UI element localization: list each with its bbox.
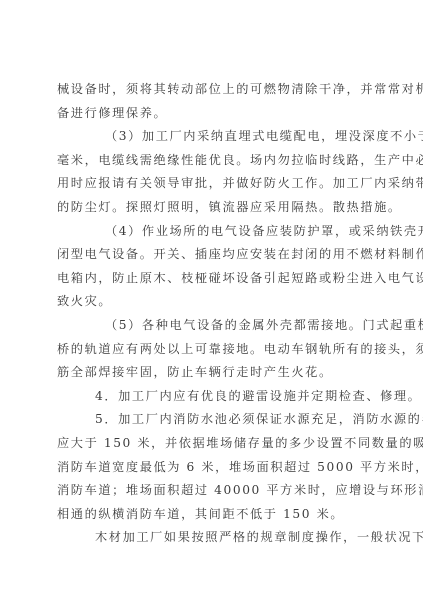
text-line: 闭型电气设备。开关、插座均应安装在封闭的用不燃材料制作的配	[57, 243, 367, 267]
text-line: 筋全部焊接牢固，防止车辆行走时产生火花。	[57, 361, 367, 385]
text-line: 木材加工厂如果按照严格的规章制度操作，一般状况下是不	[57, 526, 367, 550]
text-line: 致火灾。	[57, 290, 367, 314]
text-line: 消防车道；堆场面积超过 40000 平方米时，应增设与环形消防车道	[57, 479, 367, 503]
text-line: 备进行修理保养。	[57, 102, 367, 126]
text-line: 相通的纵横消防车道，其间距不低于 150 米。	[57, 503, 367, 527]
text-line: 4．加工厂内应有优良的避雷设施并定期检查、修理。	[57, 385, 367, 409]
text-line: （5）各种电气设备的金属外壳都需接地。门式起重机、装卸	[57, 314, 367, 338]
text-line: 应大于 150 米，并依据堆场储存量的多少设置不同数量的吸水点。	[57, 432, 367, 456]
text-line: 5．加工厂内消防水池必须保证水源充足，消防水源的半径不	[57, 408, 367, 432]
text-line: （3）加工厂内采纳直埋式电缆配电，埋没深度不小于０．７	[57, 125, 367, 149]
text-line: 用时应报请有关领导审批，并做好防火工作。加工厂内采纳带护罩	[57, 172, 367, 196]
document-page: 械设备时，须将其转动部位上的可燃物清除干净，并常常对机械设备进行修理保养。（3）…	[57, 78, 367, 550]
text-line: 消防车道宽度最低为 6 米，堆场面积超过 5000 平方米时，应设环形	[57, 456, 367, 480]
text-line: （4）作业场所的电气设备应装防护罩，或采纳铁壳开关和封	[57, 220, 367, 244]
text-line: 电箱内，防止原木、枝桠碰坏设备引起短路或粉尘进入电气设备导	[57, 267, 367, 291]
text-line: 的防尘灯。探照灯照明，镇流器应采用隔热。散热措施。	[57, 196, 367, 220]
text-line: 桥的轨道应有两处以上可靠接地。电动车钢轨所有的接头，须用钢	[57, 338, 367, 362]
text-line: 毫米，电缆线需绝缘性能优良。场内勿拉临时线路，生产中必须使	[57, 149, 367, 173]
text-line: 械设备时，须将其转动部位上的可燃物清除干净，并常常对机械设	[57, 78, 367, 102]
